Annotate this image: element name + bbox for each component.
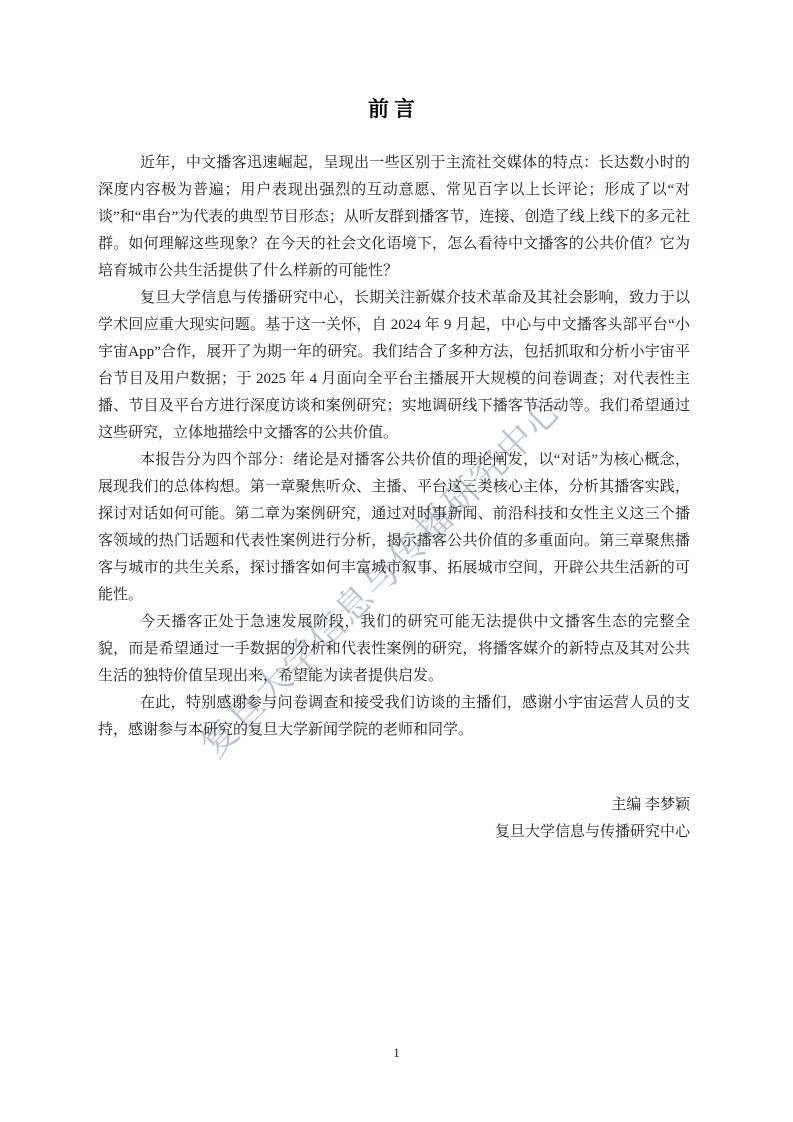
- page-content: 前言 近年，中文播客迅速崛起，呈现出一些区别于主流社交媒体的特点：长达数小时的深…: [0, 94, 793, 846]
- paragraph-5: 在此，特别感谢参与问卷调查和接受我们访谈的主播们，感谢小宇宙运营人员的支持，感谢…: [98, 690, 690, 744]
- document-page: 复旦大学信息与传播研究中心 前言 近年，中文播客迅速崛起，呈现出一些区别于主流社…: [0, 0, 793, 1122]
- page-title: 前言: [98, 94, 690, 124]
- paragraph-4: 今天播客正处于急速发展阶段，我们的研究可能无法提供中文播客生态的完整全貌，而是希…: [98, 609, 690, 690]
- paragraph-1: 近年，中文播客迅速崛起，呈现出一些区别于主流社交媒体的特点：长达数小时的深度内容…: [98, 150, 690, 285]
- paragraph-3: 本报告分为四个部分：绪论是对播客公共价值的理论阐发，以“对话”为核心概念，展现我…: [98, 447, 690, 609]
- page-number: 1: [0, 1045, 793, 1060]
- signature-block: 主编 李梦颖 复旦大学信息与传播研究中心: [98, 792, 690, 846]
- signature-organization: 复旦大学信息与传播研究中心: [98, 819, 690, 846]
- paragraph-2: 复旦大学信息与传播研究中心，长期关注新媒介技术革命及其社会影响，致力于以学术回应…: [98, 285, 690, 447]
- signature-editor: 主编 李梦颖: [98, 792, 690, 819]
- preface-body: 近年，中文播客迅速崛起，呈现出一些区别于主流社交媒体的特点：长达数小时的深度内容…: [98, 150, 690, 744]
